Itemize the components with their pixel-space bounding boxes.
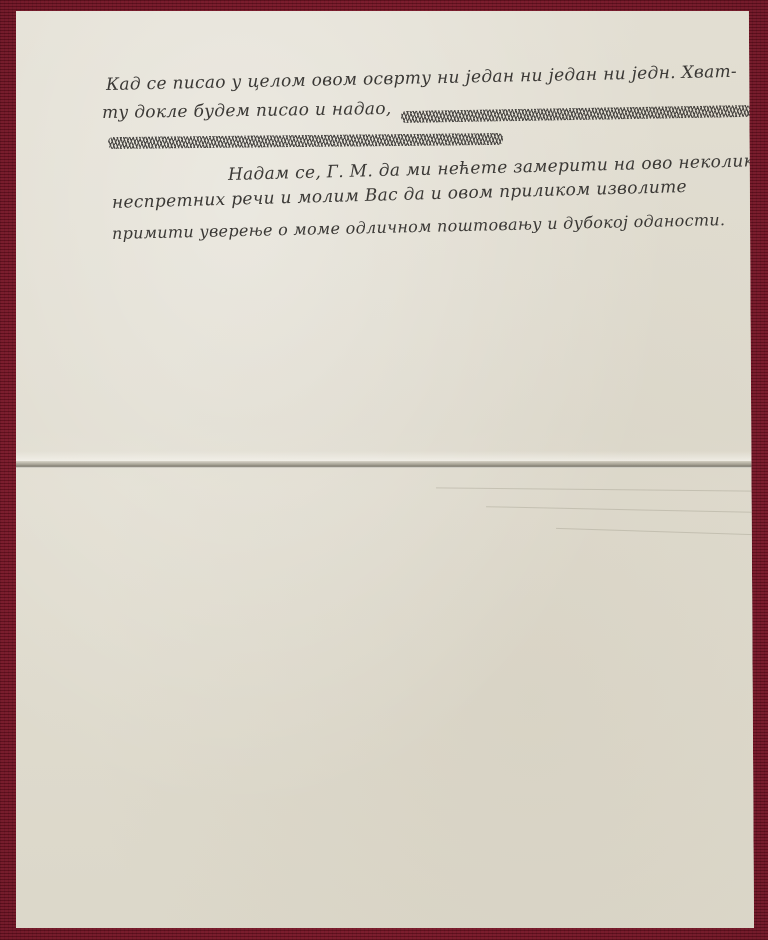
crossed-out-text	[401, 105, 751, 123]
handwriting-line-1: Кад се писао у целом овом осврту ни једа…	[106, 62, 737, 95]
crossed-out-line	[108, 133, 503, 149]
handwritten-text: Кад се писао у целом овом осврту ни једа…	[16, 11, 754, 928]
handwriting-line-5: неспретних речи и молим Вас да и овом пр…	[112, 177, 687, 213]
letter-paper: Кад се писао у целом овом осврту ни једа…	[16, 11, 754, 928]
handwriting-line-6: примити уверење о моме одличном поштовањ…	[112, 210, 726, 243]
handwriting-line-2: ту докле будем писао и надао,	[102, 99, 392, 123]
